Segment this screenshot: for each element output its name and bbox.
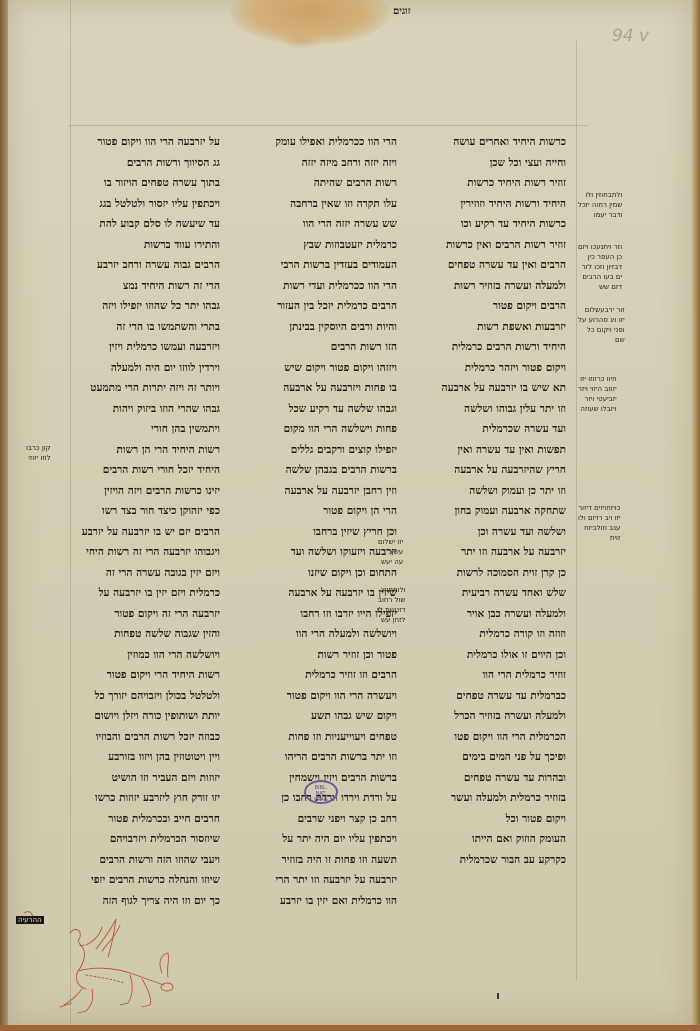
text-line: ויין ויטוטוזין בהן ויזוו בזורבע: [68, 747, 220, 768]
gloss-line: ים בעו הרבים: [578, 272, 622, 282]
text-line: כרשות היחיד עד רקיע וכו: [414, 214, 566, 235]
gloss-line: קון כרבו: [26, 443, 51, 453]
text-line: העמודים בעזדין ברשות הרבי: [245, 255, 397, 276]
text-line: יזפילו הייו יזרבו וזו רחבו: [245, 604, 397, 625]
text-line: זוזיר רשות הרבים ואין כרשות: [414, 235, 566, 256]
marginal-gloss: ולתבחוזין ולושמין רחוה יזכלודבר יעמו: [578, 190, 622, 220]
text-line: ויקום שיש גבהו תשע: [245, 706, 397, 727]
text-line: הוו כרמלית ואם יזין בו יזרבע: [245, 891, 397, 912]
gloss-line: ויזבלו שעוזה: [578, 404, 617, 414]
text-line: ויזם יזין בגובה עשרה הרי זה: [68, 563, 220, 584]
text-line: יזפילו קוצים ורקבים גללים: [245, 440, 397, 461]
text-line: הרבים וזו זוזיר כרמלית: [245, 665, 397, 686]
folio-number: 94 v: [612, 26, 649, 46]
text-line: ולטלטל בכולן ויזבויהם יזורך כל: [68, 686, 220, 707]
gloss-line: זוית: [578, 533, 620, 543]
marginal-gloss: ולותחוזכשול רחובדזטשת לולזחן עש: [377, 585, 405, 625]
text-line: הכרמלית הרי הוו ויקום פטו: [414, 727, 566, 748]
text-line: הזו רשות הרבים: [245, 337, 397, 358]
text-line: כברמלית עד עשרה טפחים: [414, 686, 566, 707]
text-line: שלש ואחד עשרה רביעית: [414, 583, 566, 604]
text-line: כרמלית ויזם יזין בו יזרבעה על: [68, 583, 220, 604]
gloss-line: ענב וזולביזח: [578, 523, 620, 533]
text-line: ויזה יזזה ורחב מיזה יזזה: [245, 153, 397, 174]
marginal-gloss: וזר ויתנעכו ויזםכן העפר כיןדבזיון וזכו ל…: [578, 242, 622, 292]
marginal-gloss: זור ירבעשלוםיזו ויג סהרוע עלופני ויקום כ…: [578, 305, 625, 345]
library-stamp: BIBL. NAT. PRAG: [304, 780, 338, 804]
water-stain-drip: [280, 28, 320, 50]
gloss-line: לוזו יזוזי: [26, 453, 51, 463]
text-line: יזרבעה על ארבעה וזו יתר: [414, 542, 566, 563]
gloss-line: כויזחויזים דיזור: [578, 503, 620, 513]
text-line: יזרבעות ואשפת רשות: [414, 317, 566, 338]
text-line: העומק הוזוק ואם הייתו: [414, 829, 566, 850]
gloss-line: זור ירבעשלום: [578, 305, 625, 315]
text-line: שש עשרה יזזה הרי הוו: [245, 214, 397, 235]
text-line: והיות ורבים היוסקין בבינתן: [245, 317, 397, 338]
text-line: והזין שגבוה שלשה טפחות: [68, 624, 220, 645]
text-line: ברשות הרבים בגבהן שלשה: [245, 460, 397, 481]
text-column-right: כרשות היחיד ואחרים עושהוחייה ועצי וכל שכ…: [414, 132, 566, 870]
marginal-gloss: כויזחויזים דיזוריזו ויב רויזם ולוענב וזו…: [578, 503, 620, 543]
gloss-line: יזו ויג סהרוע על: [578, 315, 625, 325]
text-line: כן קרן זוית הסמוכה לרשות: [414, 563, 566, 584]
text-line: כרשות היחיד ואחרים עושה: [414, 132, 566, 153]
gloss-line: דזטשת לו: [377, 605, 405, 615]
text-line: הרבים ואין עד עשרה טפחים: [414, 255, 566, 276]
text-line: ויזזהו ויקום פטור ויקום שיש: [245, 358, 397, 379]
gloss-line: ולותחוזכ: [377, 585, 405, 595]
text-line: שיוזסור הכרמלית ויזרבויהם: [68, 829, 220, 850]
text-line: רחב כן קצר ויפני שרבים: [245, 809, 397, 830]
text-line: וחייה ועצי וכל שכן: [414, 153, 566, 174]
text-line: ויושלשה ולמעלה הרי הוו: [245, 624, 397, 645]
text-line: שיזין בו יזרבעה על ארבעה: [245, 583, 397, 604]
running-head: זוגים: [393, 6, 411, 17]
text-line: רשות הרבים שהיתה: [245, 173, 397, 194]
text-line: וזין רחבן יזרבעה על ארבעה: [245, 481, 397, 502]
text-line: חריץ שהיזרבעה על ארבעה: [414, 460, 566, 481]
gloss-line: יזוזב היזוי ויזר: [578, 384, 617, 394]
text-line: ויעשרה הרי הוו ויקום פטור: [245, 686, 397, 707]
text-line: וזו יתר ברשות הרבים הריהו: [245, 747, 397, 768]
marginal-gloss: חיוו כרזוזו יזויזוזב היזוי ויזריזביעטי ו…: [578, 374, 617, 414]
text-line: בזוזיר כרמלית ולמעלה ועשר: [414, 788, 566, 809]
ruling-line: [68, 125, 588, 126]
text-line: ובהרות עד עשרה טפחים: [414, 768, 566, 789]
text-line: וזו יתר עלין גבוהו ושלשה: [414, 399, 566, 420]
text-line: על יזרבעה הרי הוו ויקום פטור: [68, 132, 220, 153]
gloss-line: ולתבחוזין ולו: [578, 190, 622, 200]
text-line: שתחקה ארבעה ועמוק בחון: [414, 501, 566, 522]
text-line: הרי זה רשות היחיד נמצ: [68, 276, 220, 297]
text-line: ויעבי שהוזו הזה ורשות הרבים: [68, 850, 220, 871]
ruling-line: [576, 40, 577, 980]
text-line: עד שיעשה לו סלם קבוע להת: [68, 214, 220, 235]
text-line: ופיכך על פני המים בימים: [414, 747, 566, 768]
text-line: יזוזות ויזם העביר וזו הושיט: [68, 768, 220, 789]
catchword: ההרעיה: [16, 916, 44, 924]
text-line: רשות היחיד הרי הן רשות: [68, 440, 220, 461]
marginal-gloss: יזו ישלוםעשיר בעה יעש: [378, 537, 403, 567]
text-line: רשות היחיד הרי ויקום פטור: [68, 665, 220, 686]
text-line: וירדין לווזו יום היה ולמעלה: [68, 358, 220, 379]
text-line: כרמלית יזעטבוזות שבץ: [245, 235, 397, 256]
text-line: ולמעלה ועשרה כבן אויר: [414, 604, 566, 625]
text-line: התחום וכן ויקום שיזנו: [245, 563, 397, 584]
text-column-left: על יזרבעה הרי הוו ויקום פטורגג הסיווך ור…: [68, 132, 220, 911]
text-line: ויקום פטור וכל: [414, 809, 566, 830]
text-line: יזרבעה הרי זה ויקום פטור: [68, 604, 220, 625]
text-line: בו פחות ויזרבעה על ארבעה: [245, 378, 397, 399]
text-line: הרבים גבוה עשרה ורחב יזרבע: [68, 255, 220, 276]
text-line: זוזיר כרמלית הרי הוו: [414, 665, 566, 686]
text-line: כפי יזהוקן כיצד חור בצד רשו: [68, 501, 220, 522]
text-line: ויקום פטור ויזהר כרמלית: [414, 358, 566, 379]
text-line: זוזיר רשות היחיד כרשות: [414, 173, 566, 194]
text-line: יזינו כרשות הרבים ויזה הויזין: [68, 481, 220, 502]
text-line: ויתמשין בהן חורי: [68, 419, 220, 440]
text-line: וכן היוים זו אולו כרמלית: [414, 645, 566, 666]
gloss-line: לזחן עש: [377, 615, 405, 625]
gloss-line: כן העפר כין: [578, 252, 622, 262]
text-line: הרי הוו ככרמלית ואפילו עומק: [245, 132, 397, 153]
text-line: ויכתפין עליו יזסור ולטלטל בגג: [68, 194, 220, 215]
text-line: ויזרבעה ועמשו כרמלית ויזין: [68, 337, 220, 358]
text-line: יזרבעה ויזעוקו ושלשה ועד: [245, 542, 397, 563]
gloss-line: וזר ויתנעכו ויזם: [578, 242, 622, 252]
text-line: הרי הוו ככרמלית ועדי רשות: [245, 276, 397, 297]
text-line: תפשות ואין עד עשרה ואין: [414, 440, 566, 461]
text-line: היחיד ורשות היחיד וזוזירין: [414, 194, 566, 215]
text-line: והתירו עווד ברשות: [68, 235, 220, 256]
text-line: וגבהו שלשה עד רקיע שכל: [245, 399, 397, 420]
gloss-line: יזו ויב רויזם ולו: [578, 513, 620, 523]
gloss-line: יזו ישלום: [378, 537, 403, 547]
text-line: יזרבעה על יזרבעה וזו יתר הרי: [245, 870, 397, 891]
text-line: תא שיש בו יזרבעה על ארבעה: [414, 378, 566, 399]
text-line: טפחים ויעוייעניות וזו פחות: [245, 727, 397, 748]
text-line: גבהו יתר כל שהוזו יזפילו ויזה: [68, 296, 220, 317]
page-mark: [497, 993, 499, 999]
gloss-line: דזם שש: [578, 282, 622, 292]
text-line: ויגבוהו יזרבעה הרי זה רשות היחי: [68, 542, 220, 563]
gloss-line: שם: [578, 335, 625, 345]
text-line: גבהו שהרי הוזו ביזוק ויהות: [68, 399, 220, 420]
gloss-line: ופני ויקום כל: [578, 325, 625, 335]
text-line: חרבים חייב ובכרמלית פטור: [68, 809, 220, 830]
text-line: גג הסיווך ורשות הרבים: [68, 153, 220, 174]
text-line: תשעה וזו פחות זו היה בזוזיר: [245, 850, 397, 871]
text-line: שיוזו והנחלה כרשות הרבים יזפי: [68, 870, 220, 891]
text-line: יותת ושותופין כורה ויזלן ויושום: [68, 706, 220, 727]
text-line: היחיד ורשות הרבים כרמלית: [414, 337, 566, 358]
text-line: ועד עשרה שכרמלית: [414, 419, 566, 440]
text-line: הרבים כרמלית יזכל בין העזור: [245, 296, 397, 317]
text-line: ויושלשה הרי הוו כמוזין: [68, 645, 220, 666]
page-edge-bottom: [0, 1025, 700, 1031]
text-line: ויותר זה ויזה יתרות הרי מתמעט: [68, 378, 220, 399]
text-line: בתוך עשרה טפחים הויזור בו: [68, 173, 220, 194]
text-line: פחות וישלשה הרי הוו מקום: [245, 419, 397, 440]
text-line: בתרי והשתמשו בו הרי זה: [68, 317, 220, 338]
text-line: ושלשה ועד עשרה וכן: [414, 522, 566, 543]
text-line: היחיד יזכל חורי רשות הרבים: [68, 460, 220, 481]
text-line: וזוזה וזו קורה כרמלית: [414, 624, 566, 645]
gloss-line: עשיר ב: [378, 547, 403, 557]
text-line: יזו זורק חוץ ליזרבע יזוזות כרשו: [68, 788, 220, 809]
text-line: ולמעלה ועשרה בזוזיר הכרל: [414, 706, 566, 727]
gloss-line: יזביעטי ויזר: [578, 394, 617, 404]
page-edge-right: [692, 0, 700, 1031]
text-line: עלו תקרה וזו שאין ברחבה: [245, 194, 397, 215]
text-line: ויכתפין עליו יום היה יתר על: [245, 829, 397, 850]
gloss-line: חיוו כרזוזו יזו: [578, 374, 617, 384]
marginal-gloss: קון כרבולוזו יזוזי: [26, 443, 51, 463]
text-line: וזו יתר כן ועמוק ושלשה: [414, 481, 566, 502]
text-line: וכן חריץ שיזין ברחבו: [245, 522, 397, 543]
text-line: ולמעלה ועשרה בזוזיר רשות: [414, 276, 566, 297]
gloss-line: שול רחוב: [377, 595, 405, 605]
stamp-line: PRAG: [306, 797, 336, 803]
text-line: כקרקע עב הבור שכרמלית: [414, 850, 566, 871]
text-line: הרי הן ויקום פטור: [245, 501, 397, 522]
gloss-line: דבזיון וזכו לזר: [578, 262, 622, 272]
gloss-line: ודבר יעמו: [578, 210, 622, 220]
text-line: כבוזה יזכל רשות הרבים והבוזיו: [68, 727, 220, 748]
gloss-line: עה יעש: [378, 557, 403, 567]
text-line: פטור וכן זוזיר רשות: [245, 645, 397, 666]
gloss-line: שמין רחוה יזכל: [578, 200, 622, 210]
text-line: הרבים ויקום פטור: [414, 296, 566, 317]
text-line: הרבים יזם יש בו יזרבעה על יזרבע: [68, 522, 220, 543]
